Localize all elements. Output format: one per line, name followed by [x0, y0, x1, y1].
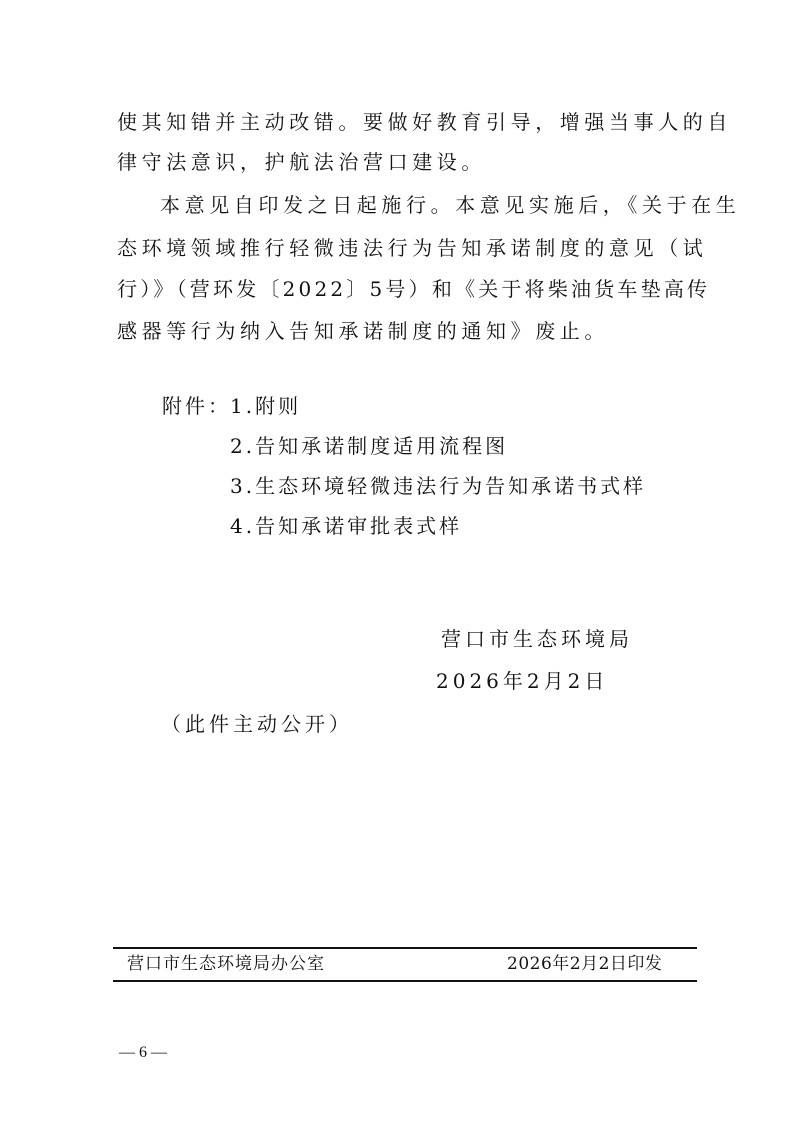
footer-top-rule	[113, 947, 697, 949]
attachment-item: 3.生态环境轻微违法行为告知承诺书式样	[230, 474, 646, 498]
body-text-line: 态环境领域推行轻微违法行为告知承诺制度的意见（试	[117, 236, 679, 260]
attachment-item: 1.附则	[230, 394, 301, 418]
footer-bottom-rule	[113, 980, 697, 982]
body-text-line: 律守法意识，护航法治营口建设。	[117, 150, 486, 174]
attachment-item: 2.告知承诺制度适用流程图	[230, 434, 508, 458]
body-text-line: 感器等行为纳入告知承诺制度的通知》废止。	[117, 319, 609, 343]
signature-date: 2026年2月2日	[436, 669, 608, 693]
footer-issuer: 营口市生态环境局办公室	[127, 954, 325, 974]
attachment-item: 4.告知承诺审批表式样	[230, 514, 462, 538]
footer-issue-date: 2026年2月2日印发	[507, 954, 662, 974]
body-text-line: 行）》（营环发〔2022〕5号）和《关于将柴油货车垫高传	[117, 277, 679, 301]
attachments-label: 附件：	[162, 394, 231, 418]
body-text-line: 使其知错并主动改错。要做好教育引导，增强当事人的自	[117, 110, 679, 134]
disclosure-note: （此件主动公开）	[161, 712, 353, 736]
signature-org: 营口市生态环境局	[441, 627, 633, 651]
page-number: — 6 —	[119, 1043, 167, 1063]
body-text-line: 本意见自印发之日起施行。本意见实施后，《关于在生	[160, 193, 740, 217]
